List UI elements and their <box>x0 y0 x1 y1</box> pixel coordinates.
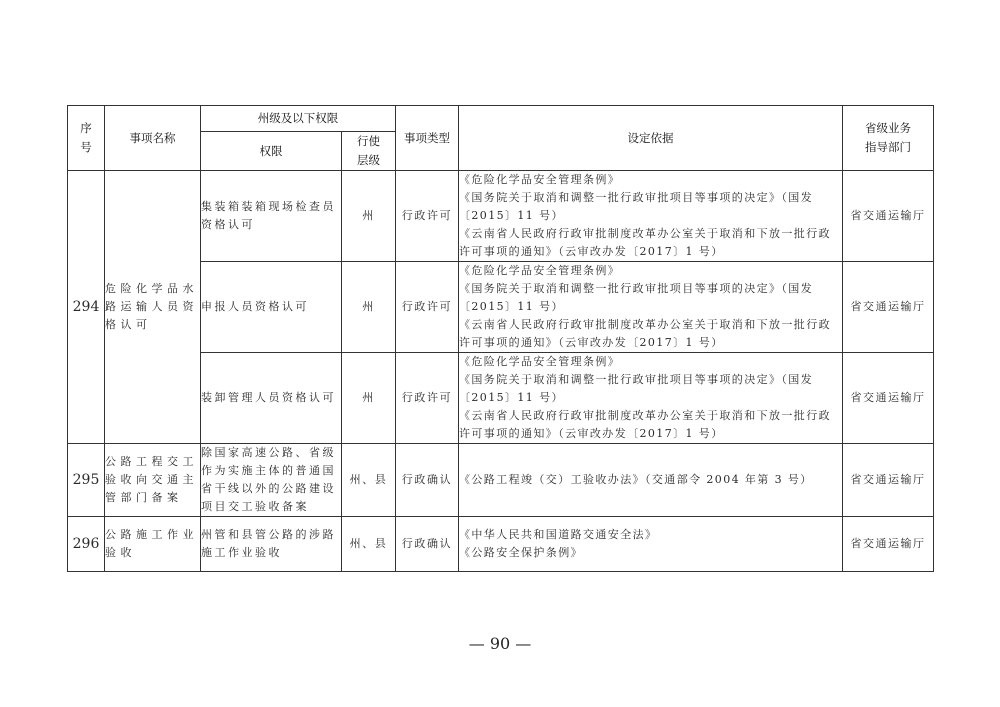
guiding-dept: 省交通运输厅 <box>843 262 934 353</box>
legal-basis: 《中华人民共和国道路交通安全法》 《公路安全保护条例》 <box>459 517 843 572</box>
legal-basis: 《危险化学品安全管理条例》 《国务院关于取消和调整一批行政审批项目等事项的决定》… <box>459 171 843 262</box>
item-type: 行政确认 <box>396 517 459 572</box>
guiding-dept: 省交通运输厅 <box>843 444 934 517</box>
header-level-line1: 行使 <box>342 132 395 151</box>
basis-line: 《云南省人民政府行政审批制度改革办公室关于取消和下放一批行政许可事项的通知》（云… <box>459 225 842 261</box>
header-authority: 权限 <box>201 132 342 171</box>
admin-authority-table: 序 号 事项名称 州级及以下权限 事项类型 设定依据 省级业务 指导部门 权限 … <box>67 105 934 572</box>
authority: 装卸管理人员资格认可 <box>201 353 342 444</box>
legal-basis: 《危险化学品安全管理条例》 《国务院关于取消和调整一批行政审批项目等事项的决定》… <box>459 262 843 353</box>
header-basis: 设定依据 <box>459 106 843 171</box>
header-type: 事项类型 <box>396 106 459 171</box>
item-type: 行政许可 <box>396 353 459 444</box>
basis-line: 《国务院关于取消和调整一批行政审批项目等事项的决定》（国发〔2015〕11 号） <box>459 371 842 407</box>
table-row: 294 危险化学品水路运输人员资格认可 集装箱装箱现场检查员资格认可 州 行政许… <box>68 171 934 262</box>
header-group: 州级及以下权限 <box>201 106 396 132</box>
guiding-dept: 省交通运输厅 <box>843 353 934 444</box>
level: 州 <box>342 262 396 353</box>
item-type: 行政许可 <box>396 171 459 262</box>
header-no: 序 号 <box>68 106 105 171</box>
item-no: 295 <box>68 444 105 517</box>
item-no: 294 <box>68 171 105 444</box>
item-name: 危险化学品水路运输人员资格认可 <box>105 171 201 444</box>
header-name: 事项名称 <box>105 106 201 171</box>
header-no-line1: 序 <box>68 119 104 138</box>
legal-basis: 《危险化学品安全管理条例》 《国务院关于取消和调整一批行政审批项目等事项的决定》… <box>459 353 843 444</box>
basis-line: 《云南省人民政府行政审批制度改革办公室关于取消和下放一批行政许可事项的通知》（云… <box>459 316 842 352</box>
item-no: 296 <box>68 517 105 572</box>
level: 州 <box>342 353 396 444</box>
guiding-dept: 省交通运输厅 <box>843 171 934 262</box>
basis-line: 《公路安全保护条例》 <box>459 544 842 562</box>
basis-line: 《公路工程竣（交）工验收办法》（交通部令 2004 年第 3 号） <box>459 471 842 489</box>
basis-line: 《国务院关于取消和调整一批行政审批项目等事项的决定》（国发〔2015〕11 号） <box>459 280 842 316</box>
basis-line: 《中华人民共和国道路交通安全法》 <box>459 526 842 544</box>
table-row: 295 公路工程交工验收向交通主管部门备案 除国家高速公路、省级作为实施主体的普… <box>68 444 934 517</box>
header-dept: 省级业务 指导部门 <box>843 106 934 171</box>
authority: 申报人员资格认可 <box>201 262 342 353</box>
authority: 除国家高速公路、省级作为实施主体的普通国省干线以外的公路建设项目交工验收备案 <box>201 444 342 517</box>
item-name: 公路工程交工验收向交通主管部门备案 <box>105 444 201 517</box>
item-type: 行政许可 <box>396 262 459 353</box>
basis-line: 《危险化学品安全管理条例》 <box>459 262 842 280</box>
header-level: 行使 层级 <box>342 132 396 171</box>
page-number: — 90 — <box>0 634 1000 653</box>
legal-basis: 《公路工程竣（交）工验收办法》（交通部令 2004 年第 3 号） <box>459 444 843 517</box>
basis-line: 《危险化学品安全管理条例》 <box>459 353 842 371</box>
level: 州、县 <box>342 517 396 572</box>
item-type: 行政确认 <box>396 444 459 517</box>
authority: 州管和县管公路的涉路施工作业验收 <box>201 517 342 572</box>
header-no-line2: 号 <box>68 138 104 157</box>
basis-line: 《国务院关于取消和调整一批行政审批项目等事项的决定》（国发〔2015〕11 号） <box>459 189 842 225</box>
guiding-dept: 省交通运输厅 <box>843 517 934 572</box>
header-dept-line2: 指导部门 <box>843 138 933 157</box>
basis-line: 《云南省人民政府行政审批制度改革办公室关于取消和下放一批行政许可事项的通知》（云… <box>459 407 842 443</box>
header-dept-line1: 省级业务 <box>843 119 933 138</box>
authority: 集装箱装箱现场检查员资格认可 <box>201 171 342 262</box>
header-level-line2: 层级 <box>342 151 395 170</box>
level: 州、县 <box>342 444 396 517</box>
basis-line: 《危险化学品安全管理条例》 <box>459 171 842 189</box>
level: 州 <box>342 171 396 262</box>
table-row: 296 公路施工作业验收 州管和县管公路的涉路施工作业验收 州、县 行政确认 《… <box>68 517 934 572</box>
item-name: 公路施工作业验收 <box>105 517 201 572</box>
